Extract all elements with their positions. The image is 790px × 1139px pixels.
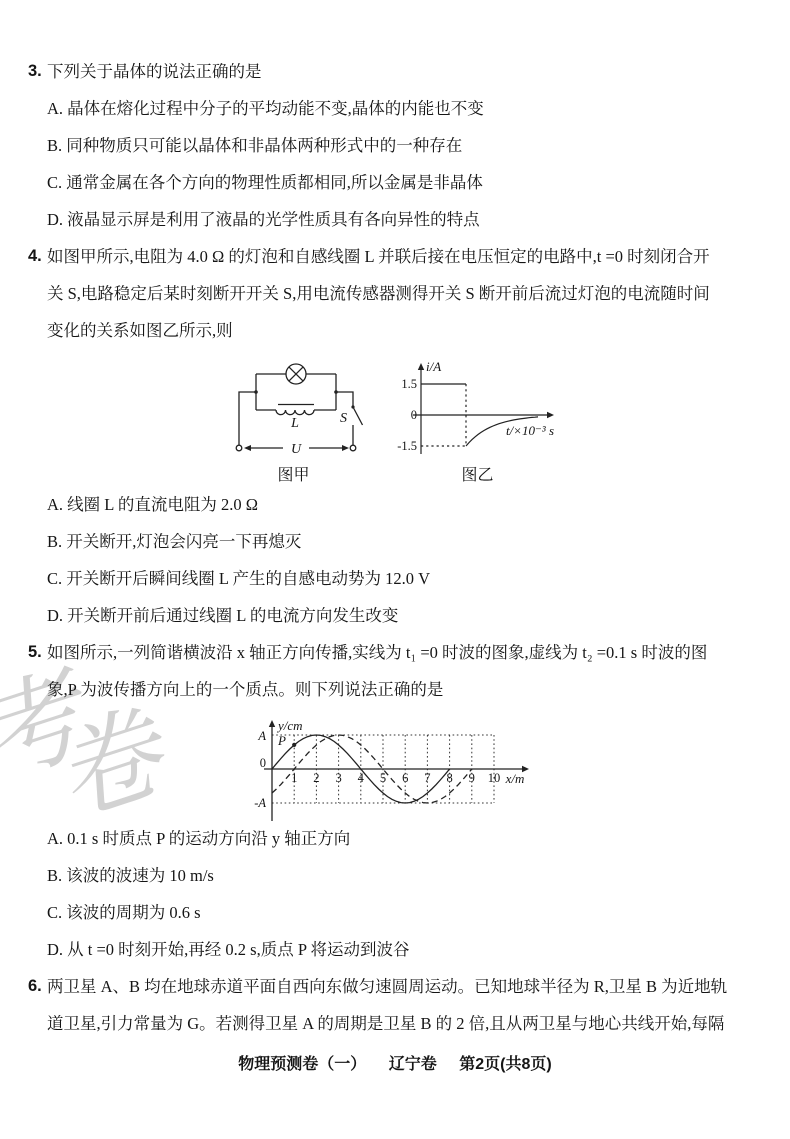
question-6-number: 6. bbox=[28, 977, 42, 996]
question-3-number: 3. bbox=[28, 62, 42, 81]
question-4: 4. 如图甲所示,电阻为 4.0 Ω 的灯泡和自感线圈 L 并联后接在电压恒定的… bbox=[0, 247, 790, 626]
question-5-option-b: B. 该波的波速为 10 m/s bbox=[47, 866, 764, 886]
question-5-option-c: C. 该波的周期为 0.6 s bbox=[47, 903, 764, 923]
xtick: 5 bbox=[379, 771, 385, 785]
x-axis-label: x/m bbox=[504, 771, 524, 786]
question-3-option-b: B. 同种物质只可能以晶体和非晶体两种形式中的一种存在 bbox=[47, 136, 764, 156]
wire bbox=[239, 392, 256, 445]
question-4-option-d: D. 开关断开前后通过线圈 L 的电流方向发生改变 bbox=[47, 606, 764, 626]
question-5-option-a: A. 0.1 s 时质点 P 的运动方向沿 y 轴正方向 bbox=[47, 829, 764, 849]
y-axis-label: i/A bbox=[426, 359, 441, 374]
question-5-stem-line: 象,P 为波传播方向上的一个质点。则下列说法正确的是 bbox=[47, 680, 764, 700]
current-graph-svg: i/A 1.5 0 -1.5 t/×10⁻³ s bbox=[383, 358, 573, 460]
page-content: 3. 下列关于晶体的说法正确的是 A. 晶体在熔化过程中分子的平均动能不变,晶体… bbox=[0, 0, 790, 1074]
ytick-0: 0 bbox=[410, 408, 416, 422]
figure-jia-caption: 图甲 bbox=[223, 462, 365, 485]
question-3: 3. 下列关于晶体的说法正确的是 A. 晶体在熔化过程中分子的平均动能不变,晶体… bbox=[0, 62, 790, 230]
question-3-option-c: C. 通常金属在各个方向的物理性质都相同,所以金属是非晶体 bbox=[47, 173, 764, 193]
xtick: 6 bbox=[402, 771, 408, 785]
point-p-dot bbox=[292, 743, 296, 747]
arrowhead-right-icon bbox=[342, 445, 349, 451]
question-5-number: 5. bbox=[28, 643, 42, 662]
question-6: 6. 两卫星 A、B 均在地球赤道平面自西向东做匀速圆周运动。已知地球半径为 R… bbox=[0, 977, 790, 1034]
question-3-stem: 下列关于晶体的说法正确的是 bbox=[47, 62, 764, 82]
xtick: 3 bbox=[335, 771, 341, 785]
x-axis-arrow-icon bbox=[547, 412, 554, 418]
x-axis-label: t/×10⁻³ s bbox=[505, 423, 553, 438]
ytick-negA: -A bbox=[254, 796, 266, 810]
circuit-figure: L S U 图甲 bbox=[223, 358, 365, 485]
ytick-1-5: 1.5 bbox=[401, 377, 417, 391]
current-graph-figure: i/A 1.5 0 -1.5 t/×10⁻³ s 图乙 bbox=[383, 358, 573, 485]
wave-graph-figure: y/cm A 0 -A P 1 2 3 4 5 6 7 bbox=[240, 717, 540, 825]
ytick-A: A bbox=[257, 729, 266, 743]
question-4-option-b: B. 开关断开,灯泡会闪亮一下再熄灭 bbox=[47, 532, 764, 552]
question-4-stem-line: 变化的关系如图乙所示,则 bbox=[47, 321, 764, 341]
voltage-label: U bbox=[290, 442, 301, 457]
question-5: 5. 如图所示,一列简谐横波沿 x 轴正方向传播,实线为 t₁ =0 时波的图象… bbox=[0, 643, 790, 960]
question-6-stem-line: 两卫星 A、B 均在地球赤道平面自西向东做匀速圆周运动。已知地球半径为 R,卫星… bbox=[47, 977, 764, 997]
y-axis-arrow-icon bbox=[417, 363, 423, 370]
circuit-figure-svg: L S U bbox=[223, 358, 365, 460]
wire bbox=[336, 392, 353, 407]
footer-page-number: 第2页(共8页) bbox=[459, 1056, 551, 1073]
question-4-stem-line: 如图甲所示,电阻为 4.0 Ω 的灯泡和自感线圈 L 并联后接在电压恒定的电路中… bbox=[47, 247, 764, 267]
y-axis-arrow-icon bbox=[268, 720, 274, 727]
question-5-stem-line: 如图所示,一列简谐横波沿 x 轴正方向传播,实线为 t₁ =0 时波的图象,虚线… bbox=[47, 643, 764, 663]
xtick: 8 bbox=[446, 771, 452, 785]
bulb-symbol bbox=[286, 364, 306, 384]
exam-page: 考 卷 3. 下列关于晶体的说法正确的是 A. 晶体在熔化过程中分子的平均动能不… bbox=[0, 0, 790, 1139]
xtick: 10 bbox=[487, 771, 500, 785]
xtick: 2 bbox=[313, 771, 319, 785]
switch-label: S bbox=[340, 411, 347, 426]
footer-paper-title: 物理预测卷（一） bbox=[238, 1056, 366, 1073]
junction-dot bbox=[334, 390, 338, 394]
arrowhead-left-icon bbox=[244, 445, 251, 451]
x-tick-labels: 1 2 3 4 5 6 7 8 9 10 bbox=[291, 771, 500, 785]
footer-region: 辽宁卷 bbox=[389, 1056, 437, 1073]
page-footer: 物理预测卷（一） 辽宁卷 第2页(共8页) bbox=[0, 1051, 790, 1074]
junction-dot bbox=[254, 390, 258, 394]
figure-yi-caption: 图乙 bbox=[383, 462, 573, 485]
question-4-figures: L S U 图甲 bbox=[39, 358, 756, 485]
question-3-option-a: A. 晶体在熔化过程中分子的平均动能不变,晶体的内能也不变 bbox=[47, 99, 764, 119]
xtick: 9 bbox=[468, 771, 474, 785]
question-4-number: 4. bbox=[28, 247, 42, 266]
ytick-neg1-5: -1.5 bbox=[397, 439, 417, 453]
question-4-option-a: A. 线圈 L 的直流电阻为 2.0 Ω bbox=[47, 495, 764, 515]
terminal-icon bbox=[350, 445, 356, 451]
ytick-0: 0 bbox=[259, 756, 265, 770]
xtick: 7 bbox=[424, 771, 430, 785]
question-3-option-d: D. 液晶显示屏是利用了液晶的光学性质具有各向异性的特点 bbox=[47, 210, 764, 230]
question-4-stem-line: 关 S,电路稳定后某时刻断开开关 S,用电流传感器测得开关 S 断开前后流过灯泡… bbox=[47, 284, 764, 304]
inductor-symbol bbox=[276, 405, 314, 415]
xtick: 1 bbox=[291, 771, 297, 785]
question-4-option-c: C. 开关断开后瞬间线圈 L 产生的自感电动势为 12.0 V bbox=[47, 569, 764, 589]
question-5-option-d: D. 从 t =0 时刻开始,再经 0.2 s,质点 P 将运动到波谷 bbox=[47, 940, 764, 960]
xtick: 4 bbox=[357, 771, 364, 785]
question-6-stem-line: 道卫星,引力常量为 G。若测得卫星 A 的周期是卫星 B 的 2 倍,且从两卫星… bbox=[47, 1014, 764, 1034]
switch-blade bbox=[353, 407, 363, 425]
inductor-label: L bbox=[290, 416, 299, 431]
point-p-label: P bbox=[277, 733, 286, 748]
switch-contact-dot bbox=[351, 405, 354, 408]
terminal-icon bbox=[236, 445, 242, 451]
question-5-figure: y/cm A 0 -A P 1 2 3 4 5 6 7 bbox=[31, 717, 748, 825]
y-axis-label: y/cm bbox=[276, 718, 303, 733]
wave-graph-svg: y/cm A 0 -A P 1 2 3 4 5 6 7 bbox=[240, 717, 540, 825]
